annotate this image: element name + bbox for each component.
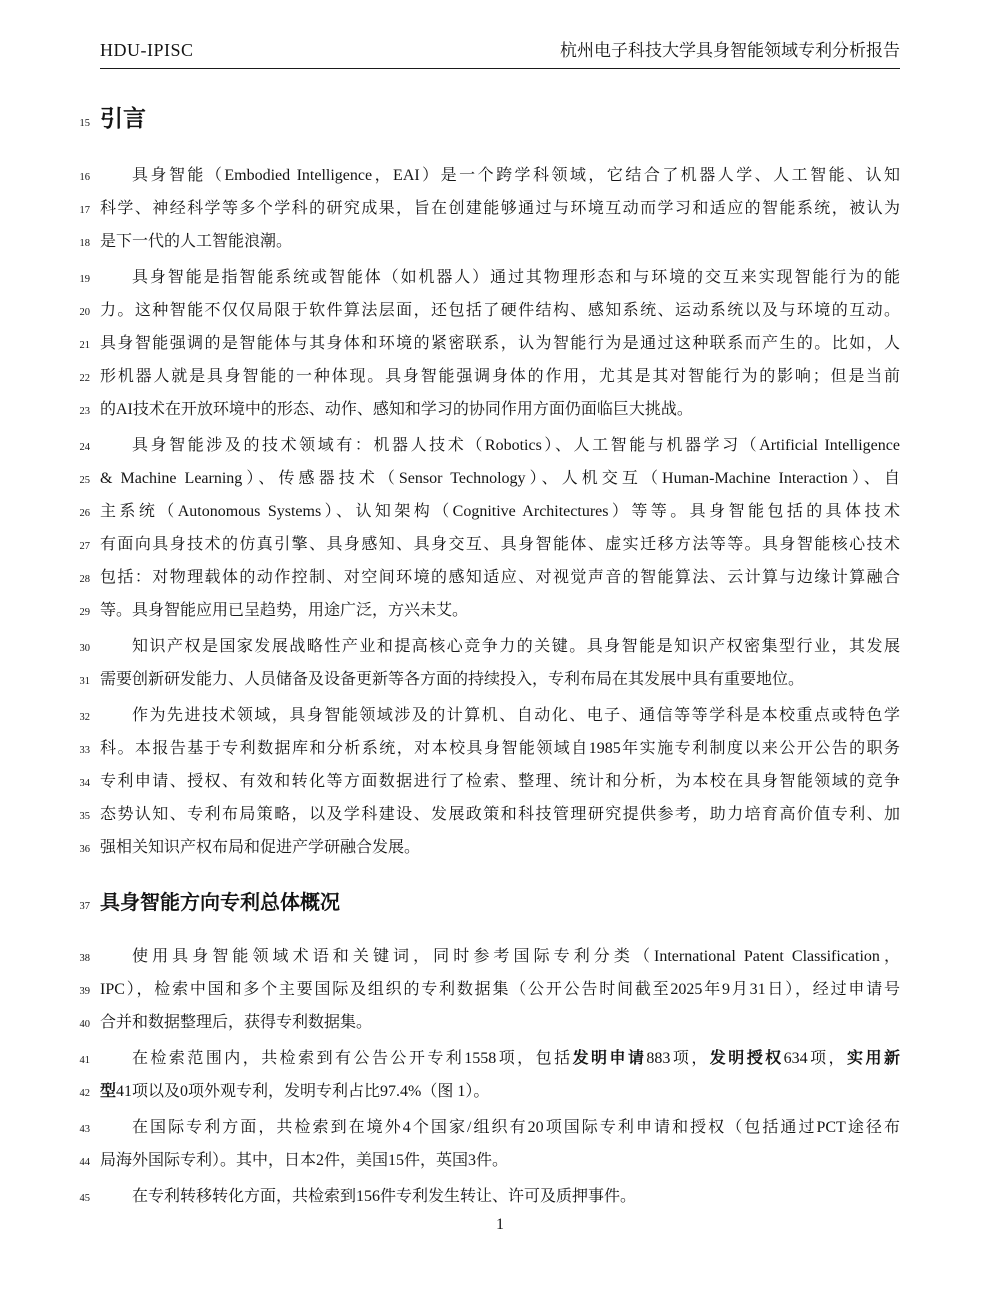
text-line: 16具身智能（Embodied Intelligence，EAI）是一个跨学科领…	[52, 159, 1000, 192]
line-text: IPC），检索中国和多个主要国际及组织的专利数据集（公开公告时间截至2025年9…	[100, 973, 900, 1006]
line-number: 27	[52, 541, 90, 552]
line-number: 37	[52, 901, 90, 912]
document-body: 15引言16具身智能（Embodied Intelligence，EAI）是一个…	[52, 103, 1000, 1213]
text-line: 17科学、神经科学等多个学科的研究成果，旨在创建能够通过与环境互动而学习和适应的…	[52, 192, 1000, 225]
text-run: 具身智能（Embodied Intelligence，EAI）是一个跨学科领域，…	[132, 167, 900, 184]
line-number: 16	[52, 172, 90, 183]
line-number: 24	[52, 442, 90, 453]
paragraph: 38使用具身智能领域术语和关键词，同时参考国际专利分类（Internationa…	[52, 940, 1000, 1039]
line-text: 的AI技术在开放环境中的形态、动作、感知和学习的协同作用方面仍面临巨大挑战。	[100, 393, 900, 426]
text-run: 在检索范围内，共检索到有公告公开专利1558项，包括	[132, 1050, 573, 1067]
text-run: IPC），检索中国和多个主要国际及组织的专利数据集（公开公告时间截至2025年9…	[100, 981, 900, 998]
line-text: 是下一代的人工智能浪潮。	[100, 225, 900, 258]
text-line: 38使用具身智能领域术语和关键词，同时参考国际专利分类（Internationa…	[52, 940, 1000, 973]
line-number: 18	[52, 238, 90, 249]
paragraph: 30知识产权是国家发展战略性产业和提高核心竞争力的关键。具身智能是知识产权密集型…	[52, 630, 1000, 696]
text-run: 知识产权是国家发展战略性产业和提高核心竞争力的关键。具身智能是知识产权密集型行业…	[132, 638, 900, 655]
line-text: 作为先进技术领域，具身智能领域涉及的计算机、自动化、电子、通信等等学科是本校重点…	[100, 699, 900, 732]
bold-run: 实用新	[847, 1050, 900, 1067]
text-run: 形机器人就是具身智能的一种体现。具身智能强调身体的作用，尤其是其对智能行为的影响…	[100, 368, 900, 385]
paragraph: 41在检索范围内，共检索到有公告公开专利1558项，包括发明申请883项，发明授…	[52, 1042, 1000, 1108]
text-run: 合并和数据整理后，获得专利数据集。	[100, 1014, 372, 1031]
heading-text: 引言	[100, 103, 146, 133]
line-number: 41	[52, 1055, 90, 1066]
paragraph: 32作为先进技术领域，具身智能领域涉及的计算机、自动化、电子、通信等等学科是本校…	[52, 699, 1000, 864]
line-number: 32	[52, 712, 90, 723]
section-heading: 37具身智能方向专利总体概况	[52, 888, 1000, 918]
line-text: 具身智能强调的是智能体与其身体和环境的紧密联系，认为智能行为是通过这种联系而产生…	[100, 327, 900, 360]
text-line: 31需要创新研发能力、人员储备及设备更新等各方面的持续投入，专利布局在其发展中具…	[52, 663, 1000, 696]
line-text: 具身智能涉及的技术领域有：机器人技术（Robotics）、人工智能与机器学习（A…	[100, 429, 900, 462]
text-line: 19具身智能是指智能系统或智能体（如机器人）通过其物理形态和与环境的交互来实现智…	[52, 261, 1000, 294]
text-run: 的AI技术在开放环境中的形态、动作、感知和学习的协同作用方面仍面临巨大挑战。	[100, 401, 693, 418]
line-text: 主系统（Autonomous Systems）、认知架构（Cognitive A…	[100, 495, 900, 528]
page-footer: 1	[0, 1216, 1000, 1234]
line-text: 形机器人就是具身智能的一种体现。具身智能强调身体的作用，尤其是其对智能行为的影响…	[100, 360, 900, 393]
text-line: 18是下一代的人工智能浪潮。	[52, 225, 1000, 258]
line-number: 22	[52, 373, 90, 384]
line-number: 20	[52, 307, 90, 318]
line-number: 34	[52, 778, 90, 789]
heading-text: 具身智能方向专利总体概况	[100, 888, 340, 918]
bold-run: 型	[100, 1083, 116, 1100]
text-run: 科。本报告基于专利数据库和分析系统，对本校具身智能领域自1985年实施专利制度以…	[100, 740, 900, 757]
line-number: 28	[52, 574, 90, 585]
line-number: 15	[52, 118, 90, 129]
line-text: 等。具身智能应用已呈趋势，用途广泛，方兴未艾。	[100, 594, 900, 627]
line-number: 29	[52, 607, 90, 618]
line-number: 43	[52, 1124, 90, 1135]
text-line: 28包括：对物理载体的动作控制、对空间环境的感知适应、对视觉声音的智能算法、云计…	[52, 561, 1000, 594]
line-text: 专利申请、授权、有效和转化等方面数据进行了检索、整理、统计和分析，为本校在具身智…	[100, 765, 900, 798]
line-number: 21	[52, 340, 90, 351]
text-run: 强相关知识产权布局和促进产学研融合发展。	[100, 839, 420, 856]
line-number: 31	[52, 676, 90, 687]
line-number: 45	[52, 1193, 90, 1204]
line-text: 在专利转移转化方面，共检索到156件专利发生转让、许可及质押事件。	[100, 1180, 900, 1213]
paragraph: 24具身智能涉及的技术领域有：机器人技术（Robotics）、人工智能与机器学习…	[52, 429, 1000, 627]
line-text: 局海外国际专利）。其中，日本2件，美国15件，英国3件。	[100, 1144, 900, 1177]
text-run: 具身智能是指智能系统或智能体（如机器人）通过其物理形态和与环境的交互来实现智能行…	[132, 269, 900, 286]
line-number: 35	[52, 811, 90, 822]
line-text: 需要创新研发能力、人员储备及设备更新等各方面的持续投入，专利布局在其发展中具有重…	[100, 663, 900, 696]
line-text: 合并和数据整理后，获得专利数据集。	[100, 1006, 900, 1039]
text-run: 作为先进技术领域，具身智能领域涉及的计算机、自动化、电子、通信等等学科是本校重点…	[132, 707, 900, 724]
bold-run: 发明申请	[573, 1050, 647, 1067]
text-run: 在专利转移转化方面，共检索到156件专利发生转让、许可及质押事件。	[132, 1188, 636, 1205]
line-number: 26	[52, 508, 90, 519]
text-line: 44局海外国际专利）。其中，日本2件，美国15件，英国3件。	[52, 1144, 1000, 1177]
text-line: 21具身智能强调的是智能体与其身体和环境的紧密联系，认为智能行为是通过这种联系而…	[52, 327, 1000, 360]
paragraph: 45在专利转移转化方面，共检索到156件专利发生转让、许可及质押事件。	[52, 1180, 1000, 1213]
text-run: 力。这种智能不仅仅局限于软件算法层面，还包括了硬件结构、感知系统、运动系统以及与…	[100, 302, 900, 319]
line-number: 44	[52, 1157, 90, 1168]
text-line: 45在专利转移转化方面，共检索到156件专利发生转让、许可及质押事件。	[52, 1180, 1000, 1213]
line-text: 力。这种智能不仅仅局限于软件算法层面，还包括了硬件结构、感知系统、运动系统以及与…	[100, 294, 900, 327]
line-number: 30	[52, 643, 90, 654]
report-page: HDU-IPISC 杭州电子科技大学具身智能领域专利分析报告 15引言16具身智…	[0, 0, 1000, 1294]
header-left-text: HDU-IPISC	[100, 40, 194, 61]
text-line: 32作为先进技术领域，具身智能领域涉及的计算机、自动化、电子、通信等等学科是本校…	[52, 699, 1000, 732]
text-line: 29等。具身智能应用已呈趋势，用途广泛，方兴未艾。	[52, 594, 1000, 627]
text-run: 局海外国际专利）。其中，日本2件，美国15件，英国3件。	[100, 1152, 508, 1169]
text-line: 35态势认知、专利布局策略，以及学科建设、发展政策和科技管理研究提供参考，助力培…	[52, 798, 1000, 831]
text-run: 态势认知、专利布局策略，以及学科建设、发展政策和科技管理研究提供参考，助力培育高…	[100, 806, 900, 823]
text-line: 43在国际专利方面，共检索到在境外4个国家/组织有20项国际专利申请和授权（包括…	[52, 1111, 1000, 1144]
page-header: HDU-IPISC 杭州电子科技大学具身智能领域专利分析报告	[100, 0, 900, 69]
line-text: 使用具身智能领域术语和关键词，同时参考国际专利分类（International …	[100, 940, 900, 973]
text-run: 科学、神经科学等多个学科的研究成果，旨在创建能够通过与环境互动而学习和适应的智能…	[100, 200, 900, 217]
line-text: 态势认知、专利布局策略，以及学科建设、发展政策和科技管理研究提供参考，助力培育高…	[100, 798, 900, 831]
line-number: 25	[52, 475, 90, 486]
text-run: 有面向具身技术的仿真引擎、具身感知、具身交互、具身智能体、虚实迁移方法等等。具身…	[100, 536, 900, 553]
line-number: 33	[52, 745, 90, 756]
text-line: 23的AI技术在开放环境中的形态、动作、感知和学习的协同作用方面仍面临巨大挑战。	[52, 393, 1000, 426]
text-run: 在国际专利方面，共检索到在境外4个国家/组织有20项国际专利申请和授权（包括通过…	[132, 1119, 900, 1136]
text-run: 使用具身智能领域术语和关键词，同时参考国际专利分类（International …	[132, 948, 900, 965]
text-run: 41项以及0项外观专利，发明专利占比97.4%（图 1）。	[116, 1083, 489, 1100]
line-text: 知识产权是国家发展战略性产业和提高核心竞争力的关键。具身智能是知识产权密集型行业…	[100, 630, 900, 663]
text-line: 42型41项以及0项外观专利，发明专利占比97.4%（图 1）。	[52, 1075, 1000, 1108]
line-number: 17	[52, 205, 90, 216]
text-run: 专利申请、授权、有效和转化等方面数据进行了检索、整理、统计和分析，为本校在具身智…	[100, 773, 900, 790]
text-run: 包括：对物理载体的动作控制、对空间环境的感知适应、对视觉声音的智能算法、云计算与…	[100, 569, 900, 586]
text-line: 36强相关知识产权布局和促进产学研融合发展。	[52, 831, 1000, 864]
line-text: 型41项以及0项外观专利，发明专利占比97.4%（图 1）。	[100, 1075, 900, 1108]
text-run: 具身智能涉及的技术领域有：机器人技术（Robotics）、人工智能与机器学习（A…	[132, 437, 900, 454]
paragraph: 16具身智能（Embodied Intelligence，EAI）是一个跨学科领…	[52, 159, 1000, 258]
line-number: 40	[52, 1019, 90, 1030]
text-line: 20力。这种智能不仅仅局限于软件算法层面，还包括了硬件结构、感知系统、运动系统以…	[52, 294, 1000, 327]
bold-run: 发明授权	[710, 1050, 784, 1067]
text-run: 883项，	[646, 1050, 709, 1067]
text-line: 33科。本报告基于专利数据库和分析系统，对本校具身智能领域自1985年实施专利制…	[52, 732, 1000, 765]
text-line: 40合并和数据整理后，获得专利数据集。	[52, 1006, 1000, 1039]
page-number: 1	[496, 1216, 504, 1233]
paragraph: 19具身智能是指智能系统或智能体（如机器人）通过其物理形态和与环境的交互来实现智…	[52, 261, 1000, 426]
line-text: 有面向具身技术的仿真引擎、具身感知、具身交互、具身智能体、虚实迁移方法等等。具身…	[100, 528, 900, 561]
text-line: 30知识产权是国家发展战略性产业和提高核心竞争力的关键。具身智能是知识产权密集型…	[52, 630, 1000, 663]
line-number: 42	[52, 1088, 90, 1099]
paragraph: 43在国际专利方面，共检索到在境外4个国家/组织有20项国际专利申请和授权（包括…	[52, 1111, 1000, 1177]
text-line: 26主系统（Autonomous Systems）、认知架构（Cognitive…	[52, 495, 1000, 528]
text-line: 27有面向具身技术的仿真引擎、具身感知、具身交互、具身智能体、虚实迁移方法等等。…	[52, 528, 1000, 561]
text-line: 24具身智能涉及的技术领域有：机器人技术（Robotics）、人工智能与机器学习…	[52, 429, 1000, 462]
line-text: 在国际专利方面，共检索到在境外4个国家/组织有20项国际专利申请和授权（包括通过…	[100, 1111, 900, 1144]
text-line: 41在检索范围内，共检索到有公告公开专利1558项，包括发明申请883项，发明授…	[52, 1042, 1000, 1075]
line-text: 强相关知识产权布局和促进产学研融合发展。	[100, 831, 900, 864]
line-text: 科学、神经科学等多个学科的研究成果，旨在创建能够通过与环境互动而学习和适应的智能…	[100, 192, 900, 225]
line-text: 在检索范围内，共检索到有公告公开专利1558项，包括发明申请883项，发明授权6…	[100, 1042, 900, 1075]
line-number: 36	[52, 844, 90, 855]
text-run: 具身智能强调的是智能体与其身体和环境的紧密联系，认为智能行为是通过这种联系而产生…	[100, 335, 900, 352]
text-run: 主系统（Autonomous Systems）、认知架构（Cognitive A…	[100, 503, 900, 520]
text-run: & Machine Learning）、传感器技术（Sensor Technol…	[100, 470, 900, 487]
line-number: 23	[52, 406, 90, 417]
text-line: 22形机器人就是具身智能的一种体现。具身智能强调身体的作用，尤其是其对智能行为的…	[52, 360, 1000, 393]
line-number: 39	[52, 986, 90, 997]
line-text: 包括：对物理载体的动作控制、对空间环境的感知适应、对视觉声音的智能算法、云计算与…	[100, 561, 900, 594]
line-number: 19	[52, 274, 90, 285]
text-run: 等。具身智能应用已呈趋势，用途广泛，方兴未艾。	[100, 602, 468, 619]
text-run: 634项，	[784, 1050, 847, 1067]
header-right-text: 杭州电子科技大学具身智能领域专利分析报告	[560, 36, 900, 61]
text-line: 34专利申请、授权、有效和转化等方面数据进行了检索、整理、统计和分析，为本校在具…	[52, 765, 1000, 798]
text-line: 39IPC），检索中国和多个主要国际及组织的专利数据集（公开公告时间截至2025…	[52, 973, 1000, 1006]
line-text: 科。本报告基于专利数据库和分析系统，对本校具身智能领域自1985年实施专利制度以…	[100, 732, 900, 765]
text-run: 是下一代的人工智能浪潮。	[100, 233, 292, 250]
line-number: 38	[52, 953, 90, 964]
line-text: 具身智能是指智能系统或智能体（如机器人）通过其物理形态和与环境的交互来实现智能行…	[100, 261, 900, 294]
text-run: 需要创新研发能力、人员储备及设备更新等各方面的持续投入，专利布局在其发展中具有重…	[100, 671, 804, 688]
section-heading: 15引言	[52, 103, 1000, 133]
text-line: 25& Machine Learning）、传感器技术（Sensor Techn…	[52, 462, 1000, 495]
line-text: 具身智能（Embodied Intelligence，EAI）是一个跨学科领域，…	[100, 159, 900, 192]
line-text: & Machine Learning）、传感器技术（Sensor Technol…	[100, 462, 900, 495]
